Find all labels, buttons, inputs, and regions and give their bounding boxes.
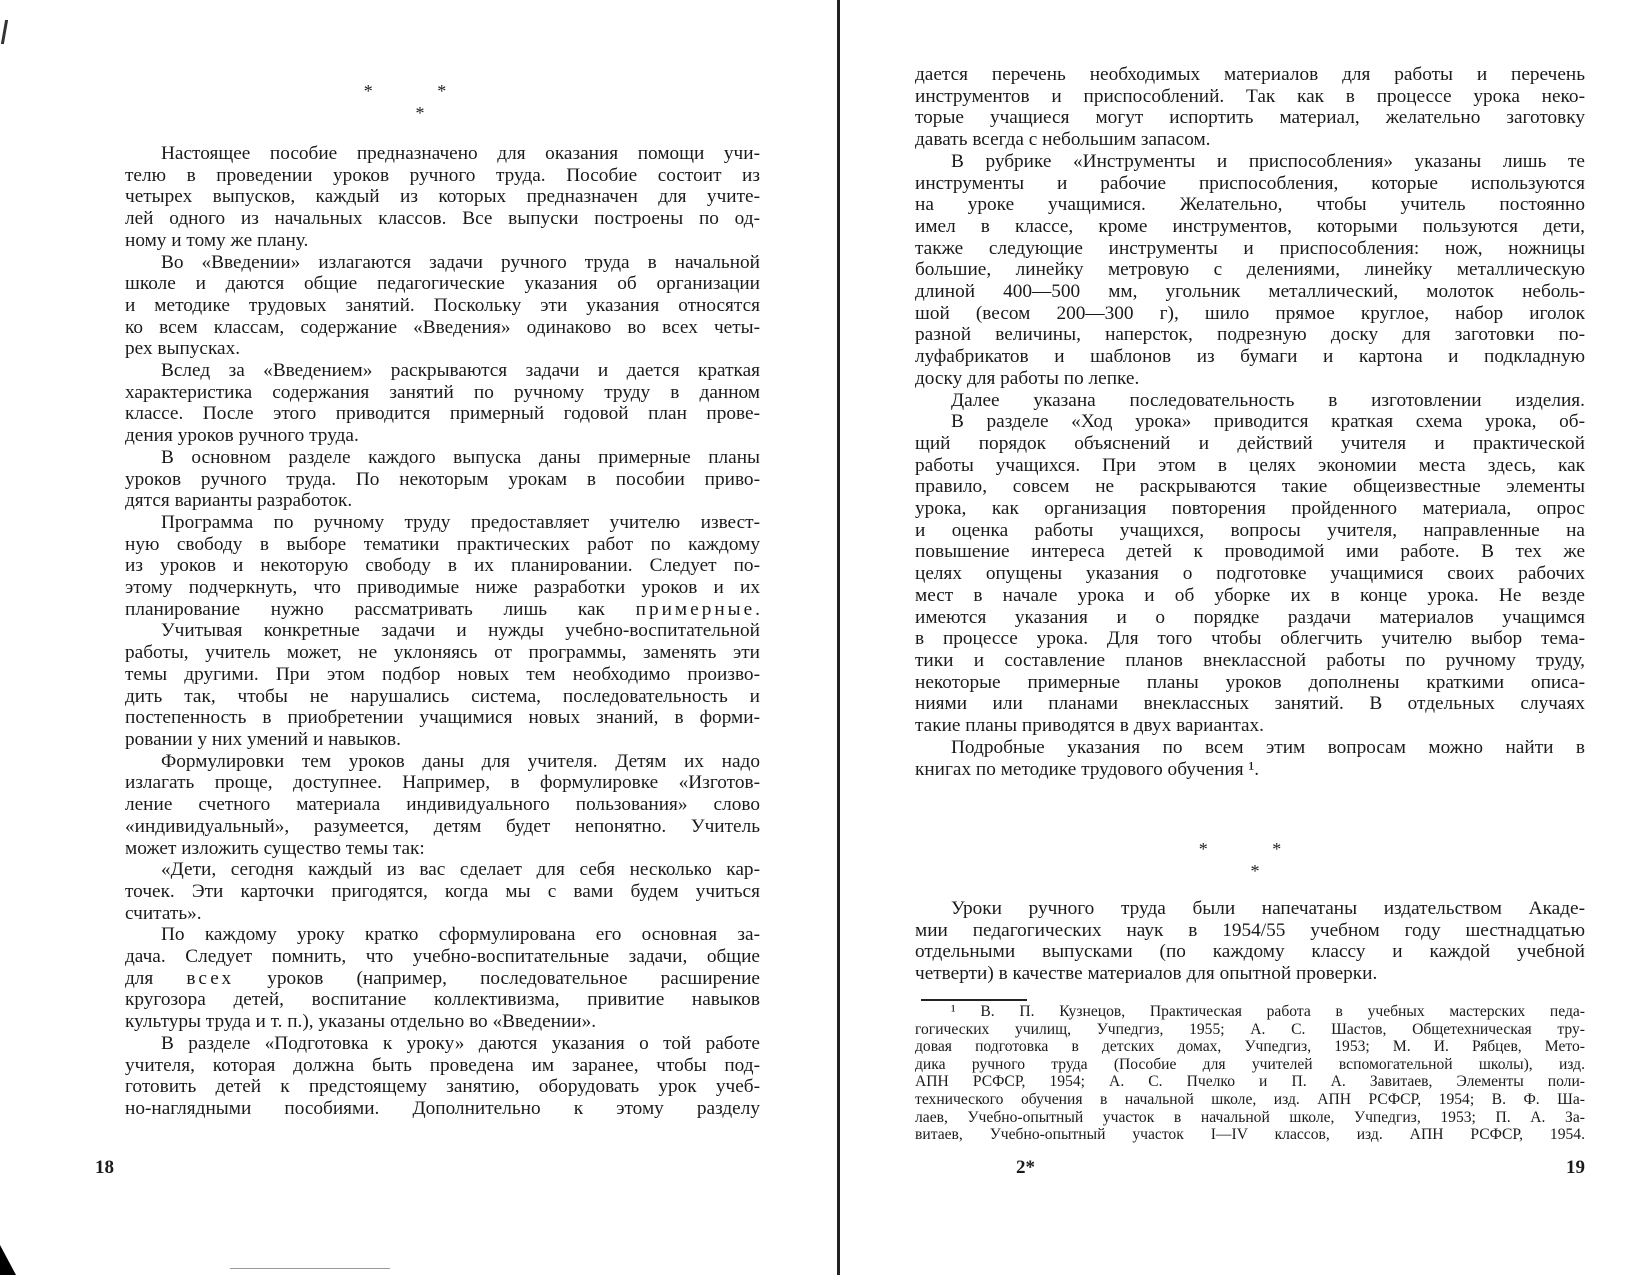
text-line: тики и составление планов внеклассной ра… [915,650,1585,672]
text-line: темы другими. При этом подбор новых тем … [125,664,760,686]
text-line: для всех уроков (например, последователь… [125,968,760,990]
text-line: планирование нужно рассматривать лишь ка… [125,599,760,621]
text-line: Программа по ручному труду предоставляет… [125,512,760,534]
text-line: Учитывая конкретные задачи и нужды учебн… [125,620,760,642]
text-line: также следующие инструменты и приспособл… [915,238,1585,260]
text-line: щий порядок объяснений и действий учител… [915,433,1585,455]
text-line: «индивидуальный», разумеется, детям буде… [125,816,760,838]
text-line: разной величины, наперсток, подрезную до… [915,324,1585,346]
text-line: По каждому уроку кратко сформулирована е… [125,924,760,946]
text-line: В разделе «Подготовка к уроку» даются ук… [125,1033,760,1055]
text-line: гогических училищ, Учпедгиз, 1955; А. С.… [915,1021,1585,1039]
text-line: рех выпусках. [125,338,760,360]
text-line: книгах по методике трудового обучения ¹. [915,759,1585,781]
signature-mark: 2* [1016,1157,1035,1179]
text-line: целях опущены указания о подготовке учащ… [915,563,1585,585]
text-line: давать всегда с небольшим запасом. [915,129,1585,151]
text-line: культуры труда и т. п.), указаны отдельн… [125,1011,760,1033]
text-line: дача. Следует помнить, что учебно-воспит… [125,946,760,968]
text-line: дения уроков ручного труда. [125,425,760,447]
text-line: имеются указания и о порядке раздачи мат… [915,607,1585,629]
text-line: работы учащихся. При этом в целях эконом… [915,455,1585,477]
text-line: В рубрике «Инструменты и приспособления»… [915,151,1585,173]
text-line: Настоящее пособие предназначено для оказ… [125,143,760,165]
text-line: В разделе «Ход урока» приводится краткая… [915,411,1585,433]
text-line: довая подготовка в детских домах, Учпедг… [915,1038,1585,1056]
text-line: Уроки ручного труда были напечатаны изда… [915,898,1585,920]
text-line: АПН РСФСР, 1954; А. С. Пчелко и П. А. За… [915,1073,1585,1091]
text-line: мии педагогических наук в 1954/55 учебно… [915,920,1585,942]
text-line: телю в проведении уроков ручного труда. … [125,165,760,187]
text-line: некоторые примерные планы уроков дополне… [915,672,1585,694]
text-line: из уроков и некоторую свободу в их плани… [125,555,760,577]
text-line: лаев, Учебно-опытный участок в начальной… [915,1109,1585,1127]
text-line: ниями или планами внеклассных занятий. В… [915,693,1585,715]
right-body-text-2: Уроки ручного труда были напечатаны изда… [915,898,1585,985]
text-line: четверти) в качестве материалов для опыт… [915,963,1585,985]
text-line: ную свободу в выборе тематики практическ… [125,534,760,556]
text-line: ному и тому же плану. [125,230,760,252]
text-line: инструменты и рабочие приспособления, ко… [915,173,1585,195]
text-line: доску для работы по лепке. [915,368,1585,390]
text-line: урока, как организация повторения пройде… [915,498,1585,520]
text-line: Подробные указания по всем этим вопросам… [915,737,1585,759]
text-line: Далее указана последовательность в изгот… [915,390,1585,412]
left-body-text: Настоящее пособие предназначено для оказ… [125,143,760,1120]
footnote: ¹ В. П. Кузнецов, Практическая работа в … [915,1003,1585,1144]
text-line: дается перечень необходимых материалов д… [915,64,1585,86]
text-line: но-наглядными пособиями. Дополнительно к… [125,1098,760,1120]
text-line: кругозора детей, воспитание коллективизм… [125,989,760,1011]
text-line: работы, учитель может, не уклоняясь от п… [125,642,760,664]
text-line: точек. Эти карточки пригодятся, когда мы… [125,881,760,903]
text-line: такие планы приводятся в двух вариантах. [915,715,1585,737]
text-line: дить так, чтобы не нарушались система, п… [125,686,760,708]
text-line: может изложить существо темы так: [125,838,760,860]
scan-mark [1,20,8,44]
text-line: уроков ручного труда. По некоторым урока… [125,469,760,491]
text-line: характеристика содержания занятий по руч… [125,382,760,404]
text-line: на уроке учащимися. Желательно, чтобы уч… [915,194,1585,216]
text-line: витаев, Учебно-опытный участок I—IV клас… [915,1126,1585,1144]
text-line: Во «Введении» излагаются задачи ручного … [125,252,760,274]
text-line: шой (весом 200—300 г), шило прямое кругл… [915,303,1585,325]
text-line: дика ручного труда (Пособие для учителей… [915,1056,1585,1074]
footnote-rule [921,999,1027,1001]
text-line: луфабрикатов и шаблонов из бумаги и карт… [915,346,1585,368]
text-line: в процессе урока. Для того чтобы облегчи… [915,628,1585,650]
right-body-text: дается перечень необходимых материалов д… [915,64,1585,780]
text-line: ко всем классам, содержание «Введения» о… [125,317,760,339]
text-line: этому подчеркнуть, что приводимые ниже р… [125,577,760,599]
text-line: и методике трудовых занятий. Поскольку э… [125,295,760,317]
text-line: В основном разделе каждого выпуска даны … [125,447,760,469]
scan-edge [230,1268,390,1269]
text-line: ление счетного материала индивидуального… [125,794,760,816]
text-line: излагать проще, доступнее. Например, в ф… [125,772,760,794]
scan-corner [0,1245,16,1275]
text-line: повышение интереса детей к проводимой им… [915,541,1585,563]
page-number-right: 19 [1566,1157,1585,1179]
text-line: инструментов и приспособлений. Так как в… [915,86,1585,108]
text-line: имел в классе, кроме инструментов, котор… [915,216,1585,238]
page-number-left: 18 [95,1157,114,1179]
text-line: школе и даются общие педагогические указ… [125,273,760,295]
text-line: мест в начале урока и об уборке их в кон… [915,585,1585,607]
text-line: длиной 400—500 мм, угольник металлически… [915,281,1585,303]
text-line: Формулировки тем уроков даны для учителя… [125,751,760,773]
text-line: и оценка работы учащихся, вопросы учител… [915,520,1585,542]
text-line: готовить детей к предстоящему занятию, о… [125,1076,760,1098]
text-line: «Дети, сегодня каждый из вас сделает для… [125,859,760,881]
text-line: классе. После этого приводится примерный… [125,403,760,425]
text-line: торые учащиеся могут испортить материал,… [915,107,1585,129]
text-line: ровании у них умений и навыков. [125,729,760,751]
text-line: лей одного из начальных классов. Все вып… [125,208,760,230]
text-line: дятся варианты разработок. [125,490,760,512]
left-page: * * * Настоящее пособие предназначено дл… [0,0,838,1275]
text-line: учителя, которая должна быть проведена и… [125,1055,760,1077]
text-line: отдельными выпусками (по каждому классу … [915,941,1585,963]
text-line: постепенность в приобретении учащимися н… [125,707,760,729]
text-line: Вслед за «Введением» раскрываются задачи… [125,360,760,382]
section-ornament-right: * * * [1195,838,1315,882]
text-line: ¹ В. П. Кузнецов, Практическая работа в … [915,1003,1585,1021]
text-line: технического обучения в начальной школе,… [915,1091,1585,1109]
text-line: считать». [125,903,760,925]
text-line: четырех выпусков, каждый из которых пред… [125,186,760,208]
section-ornament: * * * [360,80,480,124]
text-line: большие, линейку метровую с делениями, л… [915,259,1585,281]
text-line: правило, совсем не раскрываются такие об… [915,476,1585,498]
